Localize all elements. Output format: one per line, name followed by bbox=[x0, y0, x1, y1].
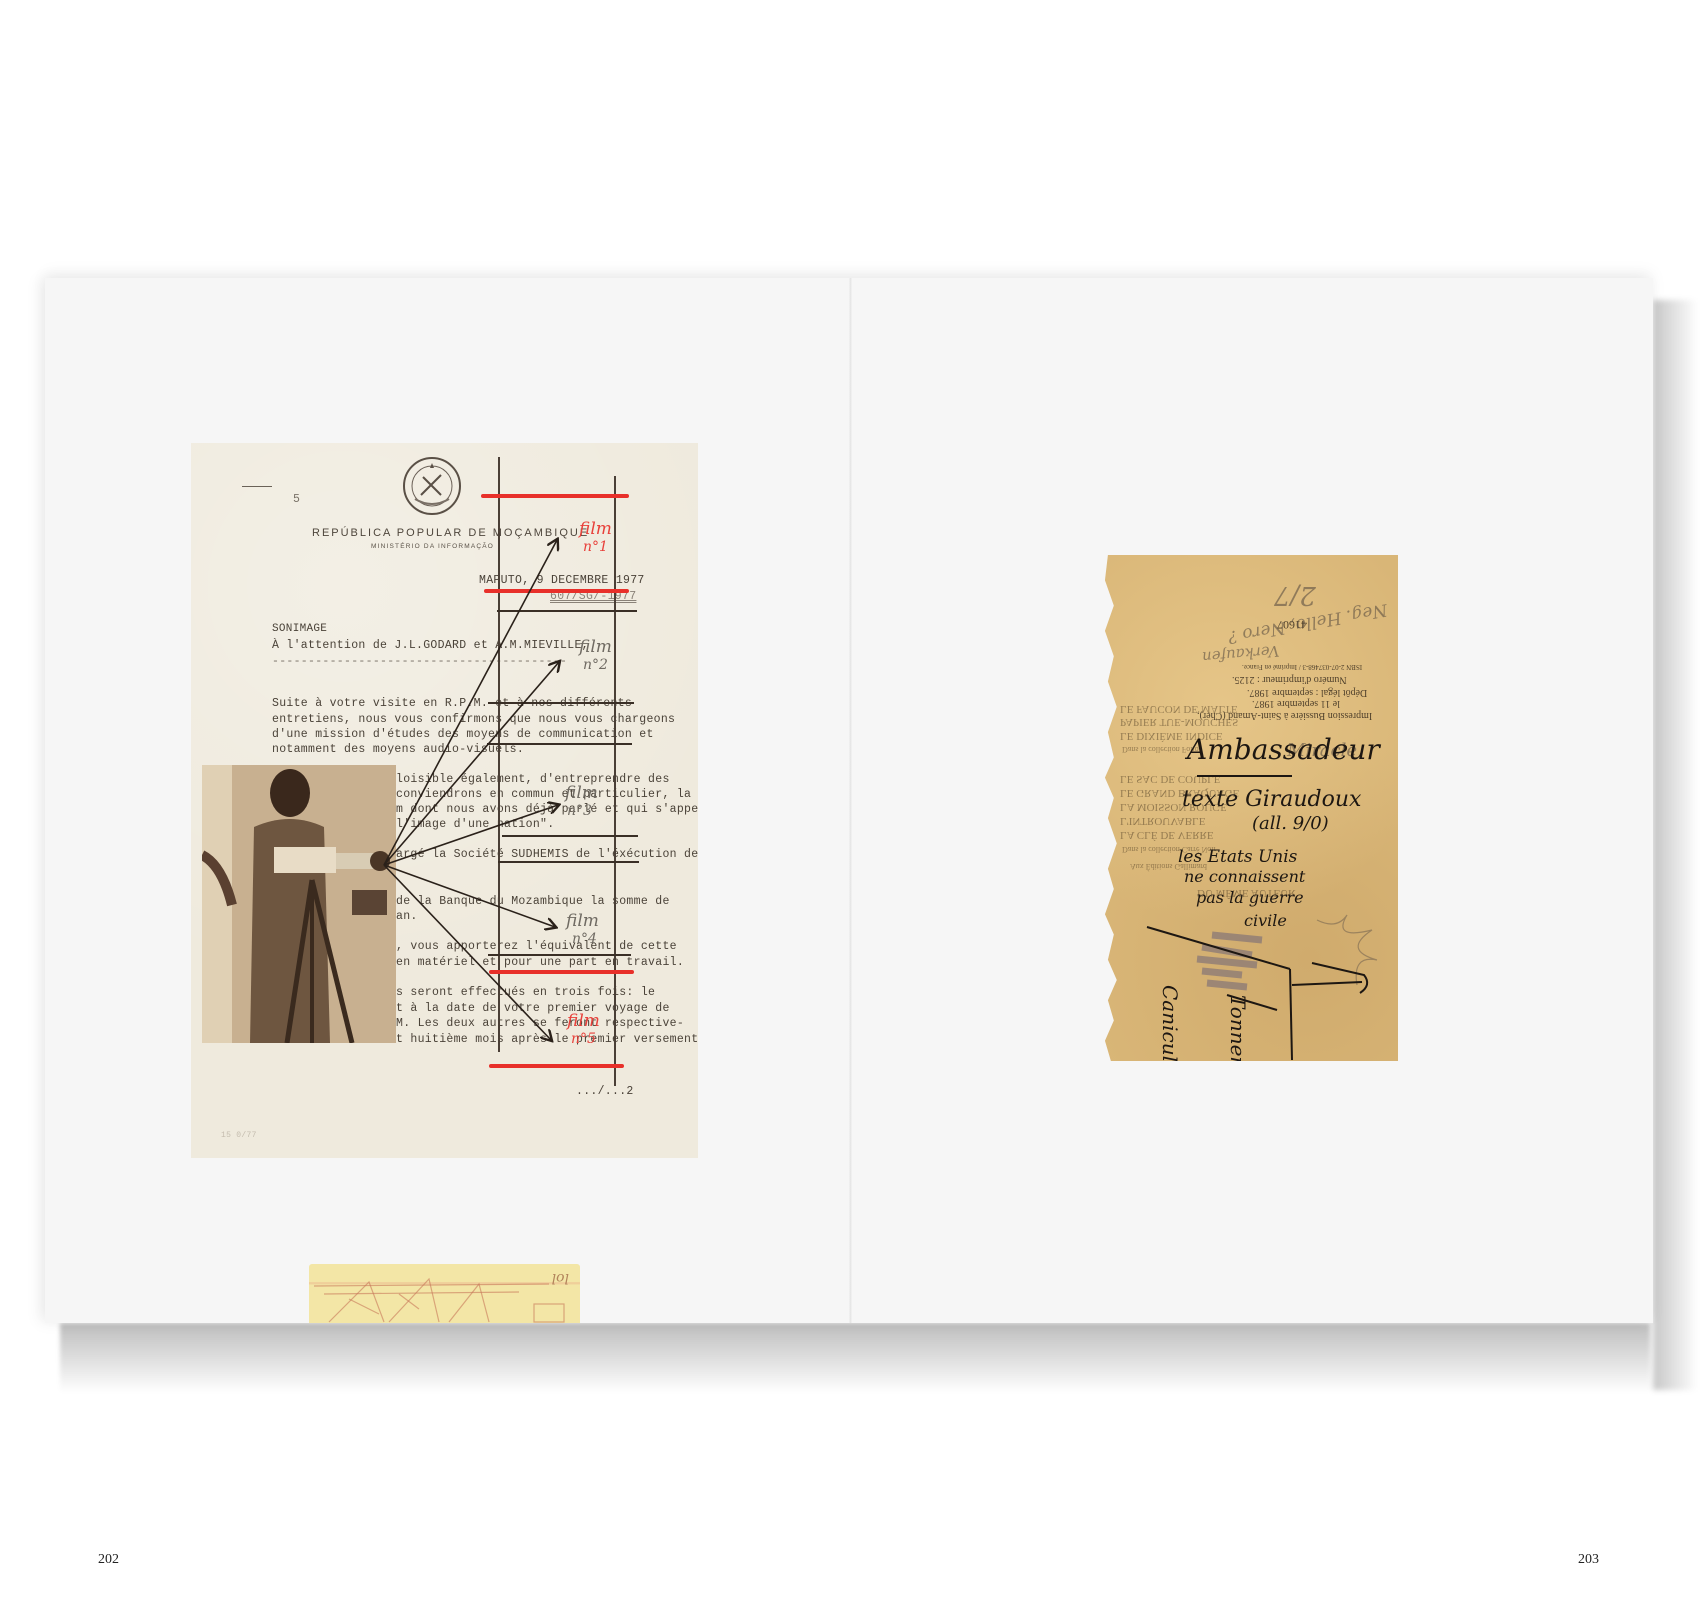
torn-notes-scrap: 41607 ISBN 2-07-037468-3 / Imprimé en Fr… bbox=[1102, 555, 1398, 1061]
film-annotation-1: film n°1 bbox=[579, 521, 612, 556]
film-number: n°3 bbox=[565, 803, 592, 819]
next-page-thumbnail: lol bbox=[309, 1264, 580, 1323]
film-label: film bbox=[579, 637, 612, 657]
scribbles-and-strikes bbox=[1102, 555, 1398, 1061]
film-annotation-4: film n°4 bbox=[566, 913, 599, 948]
film-number: n°1 bbox=[579, 539, 608, 555]
right-page-number: 203 bbox=[1578, 1552, 1599, 1568]
book-shadow-right bbox=[1653, 300, 1698, 1390]
film-label: film bbox=[567, 1011, 600, 1031]
film-number: n°5 bbox=[567, 1031, 596, 1047]
film-label: film bbox=[579, 519, 612, 539]
svg-text:lol: lol bbox=[552, 1270, 569, 1286]
annotated-letter: 5 REPÚBLICA POPULAR DE MOÇAMBIQUE MINIST… bbox=[191, 443, 698, 1158]
film-annotation-2: film n°2 bbox=[579, 639, 612, 674]
left-page-number: 202 bbox=[98, 1552, 119, 1568]
film-label: film bbox=[566, 911, 599, 931]
annotation-arrows bbox=[191, 443, 698, 1158]
ink-note-vertical: Tonnerre bbox=[1226, 995, 1250, 1061]
film-number: n°2 bbox=[579, 657, 608, 673]
ink-note-vertical: Canicule bbox=[1158, 985, 1182, 1061]
book-shadow-bottom bbox=[60, 1323, 1650, 1393]
film-annotation-5: film n°5 bbox=[567, 1013, 600, 1048]
film-label: film bbox=[565, 783, 598, 803]
film-number: n°4 bbox=[566, 931, 597, 947]
film-annotation-3: film n°3 bbox=[565, 785, 598, 820]
book-spine bbox=[849, 278, 852, 1323]
